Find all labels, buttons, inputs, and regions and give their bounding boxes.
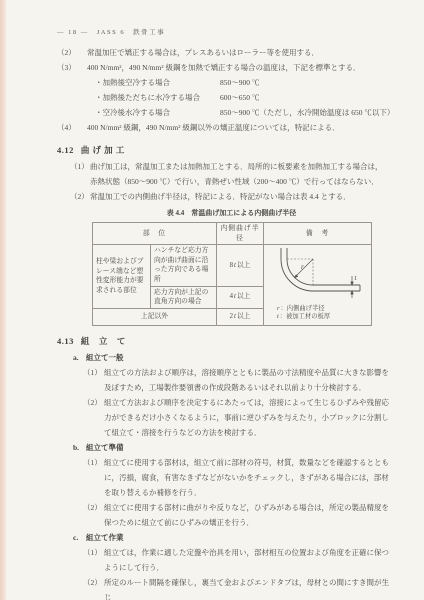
- cell-other: 上記以外: [93, 308, 217, 325]
- item-marker: （3）: [57, 60, 76, 75]
- section-title: 組 立 て: [81, 336, 126, 346]
- list-item: （4）400 N/mm² 級鋼，490 N/mm² 級鋼以外の矯正温度については…: [57, 120, 389, 135]
- cell-condition-1: ハンチなど応力方向が曲げ曲面に沿った方向である場所: [151, 245, 217, 286]
- bend-radius-table: 部 位 内側曲げ半径 備 考 柱や梁およびブレース端など塑性変形能力が要求される…: [92, 222, 372, 326]
- list-item: （3）400 N/mm²，490 N/mm² 級鋼を加熱で矯正する場合の温度は，…: [57, 60, 389, 75]
- item-marker: （2）: [83, 500, 102, 515]
- item-marker: （1）: [83, 365, 102, 380]
- bullet-value: 850～900 ℃: [220, 75, 259, 90]
- radius-arrow-line: [295, 259, 314, 278]
- scan-edge-strip: [0, 0, 7, 600]
- radius-suffix: 以上: [237, 293, 251, 300]
- item-text: 組立てに使用する部材は，組立て前に部材の符号，材質，数量などを確認するとともに，…: [104, 458, 389, 497]
- cell-radius-1: 8t以上: [217, 245, 264, 286]
- list-item: （1）組立てに使用する部材は，組立て前に部材の符号，材質，数量などを確認するとと…: [57, 455, 389, 500]
- subsection-heading-c: c.組立て作業: [57, 530, 389, 545]
- subsection-label: a.: [73, 350, 79, 365]
- item-marker: （2）: [83, 575, 102, 590]
- bullet-value: 600～650 ℃: [220, 90, 259, 105]
- legend-line: t：被加工材の板厚: [276, 313, 367, 322]
- radius-arrowhead: [295, 275, 298, 278]
- item-text: 常温加工での内側曲げ半径は，特記による．特記がない場合は表 4.4 とする．: [90, 192, 351, 201]
- cell-radius-3: 2t以上: [217, 308, 264, 325]
- table-row: 柱や梁およびブレース端など塑性変形能力が要求される部位 ハンチなど応力方向が曲げ…: [93, 245, 372, 286]
- section-title: 曲 げ 加 工: [81, 145, 125, 155]
- col-header-radius: 内側曲げ半径: [217, 223, 264, 245]
- list-item: （2）組立て方法および順序を決定するにあたっては，溶接によって生じるひずみや残留…: [57, 395, 389, 440]
- item-text: 常温加圧で矯正する場合は，プレスあるいはローラー等を使用する．: [87, 48, 319, 57]
- item-marker: （1）: [83, 455, 102, 470]
- thickness-label: t: [355, 274, 358, 282]
- legend-text: ：内側曲げ半径: [280, 305, 324, 312]
- item-text: 組立ては，作業に適した定盤や治具を用い，部材相互の位置および角度を正確に保つよう…: [104, 548, 389, 572]
- subsection-label: b.: [73, 440, 79, 455]
- item-text: 400 N/mm² 級鋼，490 N/mm² 級鋼以外の矯正温度については，特記…: [87, 123, 340, 132]
- item-text: 曲げ加工は，常温加工または加熱加工とする．局所的に板要素を加熱加工する場合は，赤…: [90, 162, 383, 186]
- list-item: （1）曲げ加工は，常温加工または加熱加工とする．局所的に板要素を加熱加工する場合…: [57, 159, 389, 189]
- legend-line: r：内側曲げ半径: [276, 305, 367, 314]
- section-number: 4.13: [57, 336, 74, 346]
- item-text: 組立てに使用する部材に曲がりや反りなど，ひずみがある場合は，所定の製品精度を保つ…: [104, 503, 389, 527]
- subsection-heading-b: b.組立て準備: [57, 440, 389, 455]
- section-number: 4.12: [57, 145, 74, 155]
- col-header-part: 部 位: [93, 223, 217, 245]
- item-text: 所定のルート間隔を確保し，裏当て金およびエンドタブは，母材との間にすき間が生じ: [104, 578, 389, 600]
- subsection-heading-a: a.組立て一般: [57, 350, 389, 365]
- cell-part-group: 柱や梁およびブレース端など塑性変形能力が要求される部位: [93, 245, 151, 309]
- subsection-title: 組立て一般: [73, 353, 124, 362]
- subsection-title: 組立て準備: [73, 443, 124, 452]
- list-item: （2）常温加圧で矯正する場合は，プレスあるいはローラー等を使用する．: [57, 45, 389, 60]
- table-title: 表 4.4 常温曲げ加工による内側曲げ半径: [92, 208, 371, 219]
- cell-condition-2: 応力方向が上記の直角方向の場合: [151, 286, 217, 308]
- radius-suffix: 以上: [237, 262, 251, 269]
- item-marker: （4）: [57, 120, 76, 135]
- list-item: （1）組立ての方法および順序は，溶接順序とともに製品の寸法精度や品質に大きな影響…: [57, 365, 389, 395]
- item-marker: （1）: [83, 545, 102, 560]
- bend-diagram: r t: [268, 247, 368, 299]
- item-text: 400 N/mm²，490 N/mm² 級鋼を加熱で矯正する場合の温度は，下記を…: [87, 63, 360, 72]
- list-item: （1）組立ては，作業に適した定盤や治具を用い，部材相互の位置および角度を正確に保…: [57, 545, 389, 575]
- item-marker: （2）: [57, 45, 76, 60]
- bullet-label: ・加熱後ただちに水冷する場合: [95, 93, 200, 102]
- document-page: — 18 — JASS 6 鉄骨工事 （2）常温加圧で矯正する場合は，プレスある…: [57, 28, 389, 600]
- list-item: （2）所定のルート間隔を確保し，裏当て金およびエンドタブは，母材との間にすき間が…: [57, 575, 389, 600]
- bullet-label: ・空冷後水冷する場合: [95, 108, 170, 117]
- cell-remarks: r t r：内側曲げ半径 t：被加工材の板厚: [264, 245, 372, 326]
- item-marker: （2）: [70, 189, 89, 204]
- item-marker: （1）: [70, 159, 89, 174]
- thickness-arrowhead-bottom: [351, 291, 353, 294]
- bullet-line: ・加熱後ただちに水冷する場合 600～650 ℃: [57, 90, 389, 105]
- inner-plate-line: [287, 248, 360, 285]
- list-item: （2）常温加工での内側曲げ半径は，特記による．特記がない場合は表 4.4 とする…: [57, 189, 389, 204]
- subsection-title: 組立て作業: [73, 533, 124, 542]
- page-header: — 18 — JASS 6 鉄骨工事: [57, 28, 389, 38]
- table-header-row: 部 位 内側曲げ半径 備 考: [93, 223, 372, 245]
- thickness-arrowhead-top: [351, 282, 353, 285]
- table-44: 表 4.4 常温曲げ加工による内側曲げ半径 部 位 内側曲げ半径 備 考 柱や梁…: [92, 208, 371, 326]
- radius-label: r: [301, 263, 304, 271]
- bullet-value: 850～900 ℃（ただし，水冷開始温度は 650 ℃以下）: [220, 105, 394, 120]
- section-heading-412: 4.12曲 げ 加 工: [57, 143, 389, 158]
- section-heading-413: 4.13組 立 て: [57, 334, 389, 349]
- cell-radius-2: 4t以上: [217, 286, 264, 308]
- radius-suffix: 以上: [237, 313, 251, 320]
- list-item: （2）組立てに使用する部材に曲がりや反りなど，ひずみがある場合は，所定の製品精度…: [57, 500, 389, 530]
- bullet-label: ・加熱後空冷する場合: [95, 78, 170, 87]
- item-text: 組立ての方法および順序は，溶接順序とともに製品の寸法精度や品質に大きな影響を及ぼ…: [104, 368, 389, 392]
- col-header-remarks: 備 考: [264, 223, 372, 245]
- legend-text: ：被加工材の板厚: [280, 313, 330, 320]
- subsection-label: c.: [73, 530, 78, 545]
- item-marker: （2）: [83, 395, 102, 410]
- outer-plate-line: [281, 248, 360, 291]
- bullet-line: ・空冷後水冷する場合 850～900 ℃（ただし，水冷開始温度は 650 ℃以下…: [57, 105, 389, 120]
- diagram-legend: r：内側曲げ半径 t：被加工材の板厚: [268, 305, 367, 322]
- bullet-line: ・加熱後空冷する場合 850～900 ℃: [57, 75, 389, 90]
- item-text: 組立て方法および順序を決定するにあたっては，溶接によって生じるひずみや残留応力が…: [104, 398, 389, 437]
